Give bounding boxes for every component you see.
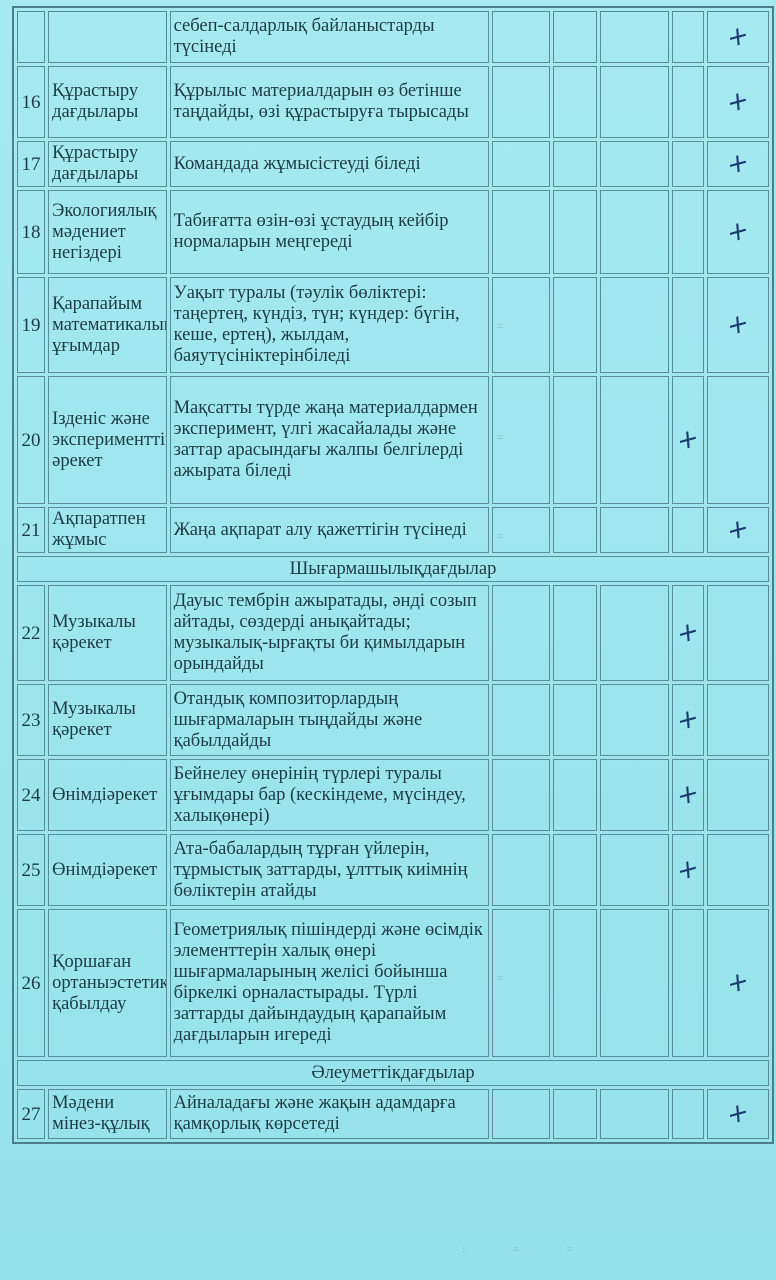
table-row: 22Музыкалы қәрекетДауыс тембрін ажыратад… — [17, 585, 769, 681]
mark-cell-4[interactable]: + — [672, 585, 704, 681]
table-row: 27Мәдени мінез-құлықАйналадағы және жақы… — [17, 1089, 769, 1139]
mark-cell-4[interactable] — [672, 507, 704, 553]
mark-cell-5[interactable]: + — [707, 141, 769, 187]
skill-area: Мәдени мінез-құлық — [48, 1089, 166, 1139]
mark-cell-5[interactable]: + — [707, 11, 769, 63]
row-number: 21 — [17, 507, 45, 553]
skill-description: Құрылыс материалдарын өз бетінше таңдайд… — [170, 66, 489, 138]
skill-description: Бейнелеу өнерінің түрлері туралы ұғымдар… — [170, 759, 489, 831]
row-number: 25 — [17, 834, 45, 906]
table-row: 26Қоршаған ортаныэстетикалық қабылдауГео… — [17, 909, 769, 1057]
mark-cell-3[interactable] — [600, 277, 668, 373]
skill-description: Ата-бабалардың тұрған үйлерін, тұрмыстық… — [170, 834, 489, 906]
mark-cell-1[interactable] — [492, 585, 550, 681]
mark-cell-4[interactable] — [672, 11, 704, 63]
mark-cell-2[interactable] — [553, 11, 597, 63]
handwritten-plus-icon: + — [676, 617, 699, 649]
handwritten-plus-icon: + — [676, 854, 699, 886]
mark-cell-3[interactable] — [600, 909, 668, 1057]
mark-cell-2[interactable] — [553, 1089, 597, 1139]
handwritten-plus-icon: + — [726, 967, 749, 999]
section-title: Әлеуметтікдағдылар — [17, 1060, 769, 1086]
mark-cell-5[interactable] — [707, 684, 769, 756]
section-title: Шығармашылықдағдылар — [17, 556, 769, 582]
skill-area: Ізденіс және эксперименттік әрекет — [48, 376, 166, 504]
mark-cell-2[interactable] — [553, 277, 597, 373]
table-row: 16Құрастыру дағдыларыҚұрылыс материалдар… — [17, 66, 769, 138]
skill-area: Өнімдіәрекет — [48, 759, 166, 831]
skill-area: Өнімдіәрекет — [48, 834, 166, 906]
skill-area — [48, 11, 166, 63]
assessment-table-sheet: себеп-салдарлық байланыстарды түсінеді+1… — [12, 6, 774, 1144]
mark-cell-5[interactable] — [707, 376, 769, 504]
table-row: 19Қарапайым математикалық ұғымдарУақыт т… — [17, 277, 769, 373]
mark-cell-3[interactable] — [600, 585, 668, 681]
mark-cell-3[interactable] — [600, 684, 668, 756]
skill-description: Табиғатта өзін-өзі ұстаудың кейбір норма… — [170, 190, 489, 274]
mark-cell-2[interactable] — [553, 834, 597, 906]
handwritten-plus-icon: + — [676, 704, 699, 736]
mark-cell-4[interactable]: + — [672, 684, 704, 756]
mark-cell-2[interactable] — [553, 759, 597, 831]
assessment-table: себеп-салдарлық байланыстарды түсінеді+1… — [12, 6, 774, 1144]
mark-cell-1[interactable] — [492, 66, 550, 138]
mark-cell-3[interactable] — [600, 66, 668, 138]
mark-cell-1[interactable] — [492, 684, 550, 756]
row-number: 26 — [17, 909, 45, 1057]
mark-cell-5[interactable]: + — [707, 1089, 769, 1139]
handwritten-plus-icon: + — [676, 779, 699, 811]
skill-area: Экологиялық мәдениет негіздері — [48, 190, 166, 274]
mark-cell-3[interactable] — [600, 11, 668, 63]
mark-cell-1[interactable] — [492, 11, 550, 63]
mark-cell-4[interactable]: + — [672, 834, 704, 906]
skill-area: Қоршаған ортаныэстетикалық қабылдау — [48, 909, 166, 1057]
mark-cell-1[interactable]: = — [492, 507, 550, 553]
handwritten-plus-icon: + — [726, 148, 749, 180]
skill-area: Музыкалы қәрекет — [48, 585, 166, 681]
handwritten-plus-icon: + — [726, 309, 749, 341]
handwritten-plus-icon: + — [726, 21, 749, 53]
skill-area: Ақпаратпен жұмыс — [48, 507, 166, 553]
mark-cell-4[interactable] — [672, 277, 704, 373]
mark-cell-1[interactable]: = — [492, 909, 550, 1057]
handwritten-plus-icon: + — [726, 216, 749, 248]
faint-mark: = — [497, 316, 504, 337]
mark-cell-4[interactable] — [672, 190, 704, 274]
mark-cell-2[interactable] — [553, 141, 597, 187]
skill-area: Музыкалы қәрекет — [48, 684, 166, 756]
mark-cell-2[interactable] — [553, 190, 597, 274]
mark-cell-3[interactable] — [600, 190, 668, 274]
table-row: 18Экологиялық мәдениет негіздеріТабиғатт… — [17, 190, 769, 274]
mark-cell-1[interactable] — [492, 1089, 550, 1139]
skill-description: Айналадағы және жақын адамдарға қамқорлы… — [170, 1089, 489, 1139]
table-row: себеп-салдарлық байланыстарды түсінеді+ — [17, 11, 769, 63]
mark-cell-3[interactable] — [600, 1089, 668, 1139]
skill-description: Отандық композиторлардың шығармаларын ты… — [170, 684, 489, 756]
handwritten-plus-icon: + — [676, 424, 699, 456]
mark-cell-1[interactable]: = — [492, 376, 550, 504]
mark-cell-2[interactable] — [553, 507, 597, 553]
table-row: 23Музыкалы қәрекетОтандық композиторлард… — [17, 684, 769, 756]
skill-description: Мақсатты түрде жаңа материалдармен экспе… — [170, 376, 489, 504]
row-number — [17, 11, 45, 63]
skill-area: Құрастыру дағдылары — [48, 141, 166, 187]
skill-area: Құрастыру дағдылары — [48, 66, 166, 138]
mark-cell-2[interactable] — [553, 376, 597, 504]
row-number: 27 — [17, 1089, 45, 1139]
mark-cell-5[interactable] — [707, 759, 769, 831]
row-number: 18 — [17, 190, 45, 274]
table-row: 24ӨнімдіәрекетБейнелеу өнерінің түрлері … — [17, 759, 769, 831]
row-number: 20 — [17, 376, 45, 504]
skill-area: Қарапайым математикалық ұғымдар — [48, 277, 166, 373]
mark-cell-5[interactable]: + — [707, 507, 769, 553]
skill-description: Геометриялық пішіндерді және өсімдік эле… — [170, 909, 489, 1057]
mark-cell-2[interactable] — [553, 909, 597, 1057]
mark-cell-5[interactable]: + — [707, 277, 769, 373]
mark-cell-3[interactable] — [600, 507, 668, 553]
handwritten-plus-icon: + — [726, 1098, 749, 1130]
row-number: 23 — [17, 684, 45, 756]
mark-cell-4[interactable]: + — [672, 759, 704, 831]
mark-cell-3[interactable] — [600, 834, 668, 906]
mark-cell-5[interactable]: + — [707, 909, 769, 1057]
mark-cell-5[interactable] — [707, 585, 769, 681]
mark-cell-2[interactable] — [553, 585, 597, 681]
skill-description: себеп-салдарлық байланыстарды түсінеді — [170, 11, 489, 63]
table-row: 20Ізденіс және эксперименттік әрекетМақс… — [17, 376, 769, 504]
mark-cell-5[interactable]: + — [707, 66, 769, 138]
skill-description: Командада жұмысістеуді біледі — [170, 141, 489, 187]
mark-cell-4[interactable] — [672, 141, 704, 187]
table-row: 17Құрастыру дағдыларыКомандада жұмысісте… — [17, 141, 769, 187]
row-number: 24 — [17, 759, 45, 831]
faint-mark: = — [497, 427, 504, 448]
skill-description: Жаңа ақпарат алу қажеттігін түсінеді — [170, 507, 489, 553]
table-row: 25ӨнімдіәрекетАта-бабалардың тұрған үйле… — [17, 834, 769, 906]
row-number: 16 — [17, 66, 45, 138]
mark-cell-1[interactable]: = — [492, 277, 550, 373]
skill-description: Уақыт туралы (тәулік бөліктері: таңертең… — [170, 277, 489, 373]
skill-description: Дауыс тембрін ажыратады, әнді созып айта… — [170, 585, 489, 681]
mark-cell-1[interactable] — [492, 834, 550, 906]
faint-marks: : = = — [462, 1242, 595, 1257]
mark-cell-1[interactable] — [492, 759, 550, 831]
faint-mark: = — [497, 526, 504, 547]
faint-mark: = — [497, 968, 504, 989]
mark-cell-4[interactable] — [672, 1089, 704, 1139]
section-header-row: Әлеуметтікдағдылар — [17, 1060, 769, 1086]
row-number: 17 — [17, 141, 45, 187]
table-row: 21Ақпаратпен жұмысЖаңа ақпарат алу қажет… — [17, 507, 769, 553]
row-number: 19 — [17, 277, 45, 373]
mark-cell-3[interactable] — [600, 376, 668, 504]
mark-cell-4[interactable] — [672, 909, 704, 1057]
mark-cell-5[interactable] — [707, 834, 769, 906]
mark-cell-3[interactable] — [600, 141, 668, 187]
mark-cell-3[interactable] — [600, 759, 668, 831]
section-header-row: Шығармашылықдағдылар — [17, 556, 769, 582]
mark-cell-4[interactable]: + — [672, 376, 704, 504]
mark-cell-1[interactable] — [492, 141, 550, 187]
mark-cell-4[interactable] — [672, 66, 704, 138]
handwritten-plus-icon: + — [726, 86, 749, 118]
mark-cell-2[interactable] — [553, 66, 597, 138]
mark-cell-2[interactable] — [553, 684, 597, 756]
row-number: 22 — [17, 585, 45, 681]
handwritten-plus-icon: + — [726, 514, 749, 546]
mark-cell-1[interactable] — [492, 190, 550, 274]
mark-cell-5[interactable]: + — [707, 190, 769, 274]
